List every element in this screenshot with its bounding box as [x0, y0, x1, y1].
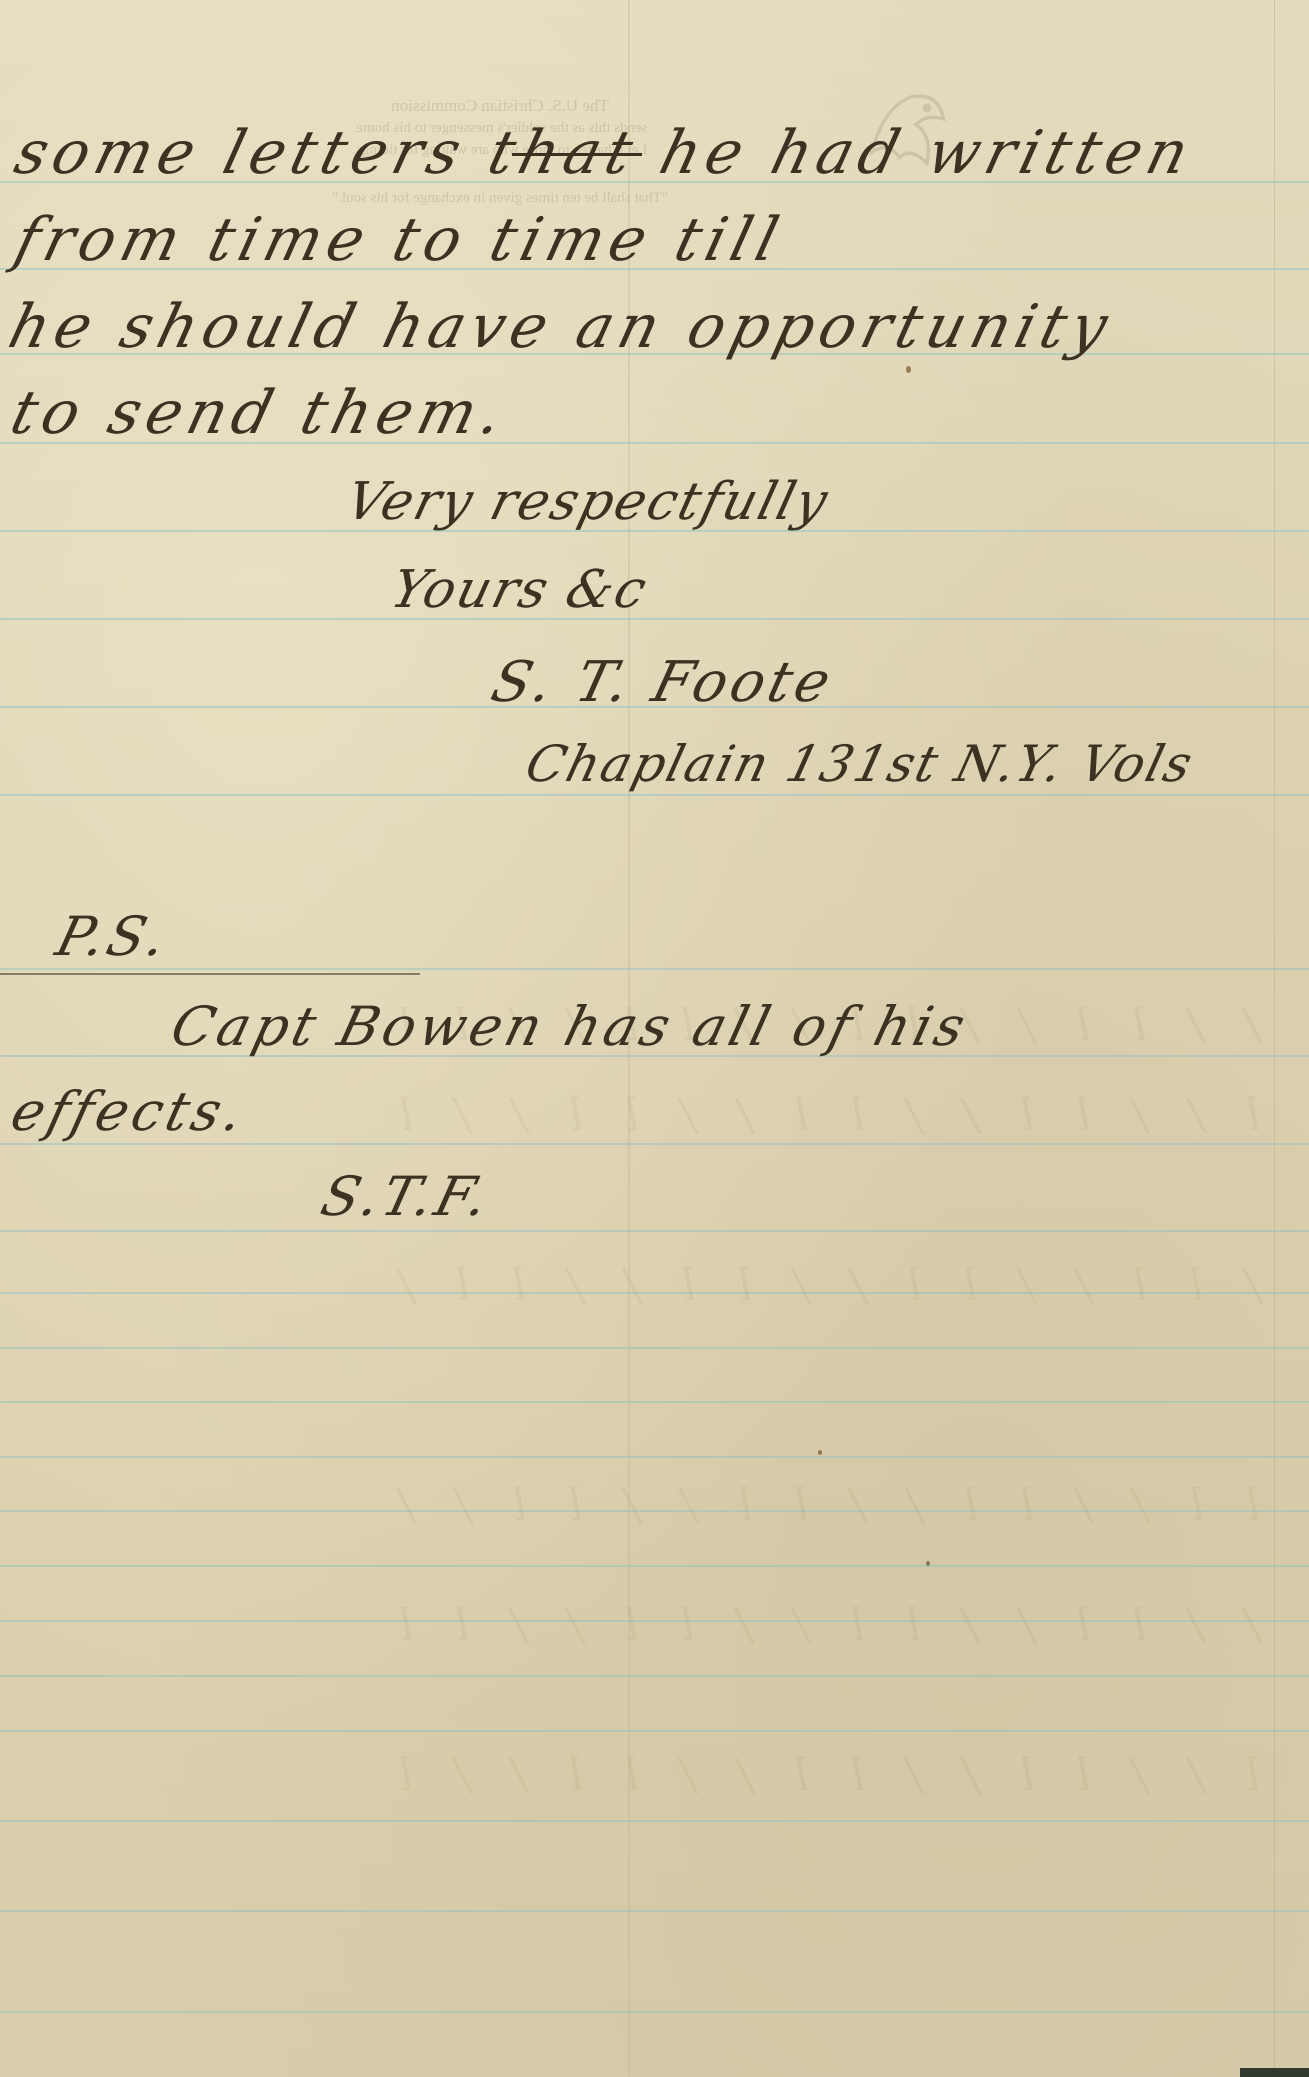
ruled-line	[0, 1230, 1309, 1232]
closing-line-2: Yours &c	[385, 560, 654, 620]
body-line-4: to send them.	[4, 378, 515, 448]
postscript-label: P.S.	[50, 905, 177, 968]
scan-background-edge	[1240, 2068, 1309, 2077]
ruled-line	[0, 618, 1309, 620]
ruled-line	[0, 1347, 1309, 1349]
postscript-line-1: Capt Bowen has all of his	[165, 995, 975, 1058]
letter-page: The U.S. Christian Commission sends this…	[0, 0, 1309, 2077]
ruled-line	[0, 1401, 1309, 1403]
bleedthrough-writing: / l l / / l l / / l l / / l l /	[60, 1260, 1260, 1311]
ruled-line	[0, 794, 1309, 796]
bleedthrough-writing: l l / / l l / / l l / / l l / /	[60, 1480, 1260, 1531]
ruled-line	[0, 968, 1309, 970]
bleedthrough-writing: l / / l l / / l l / / l l / / l	[60, 1750, 1260, 1801]
postscript-underline	[0, 973, 420, 975]
ruled-line	[0, 1456, 1309, 1458]
ruled-line	[0, 1730, 1309, 1732]
ruled-line	[0, 1565, 1309, 1567]
body-line-3: he should have an opportunity	[2, 292, 1120, 362]
foxing-spot	[906, 366, 911, 373]
letterhead-line-1: The U.S. Christian Commission	[300, 95, 700, 117]
signature-name: S. T. Foote	[485, 650, 841, 715]
postscript-initials: S.T.F.	[315, 1165, 498, 1228]
foxing-spot	[926, 1561, 930, 1566]
paper-right-edge	[1274, 0, 1275, 2077]
postscript-line-2: effects.	[5, 1080, 253, 1143]
closing-line-1: Very respectfully	[340, 472, 835, 532]
ruled-line	[0, 1675, 1309, 1677]
foxing-spot	[818, 1450, 822, 1455]
body-line-2: from time to time till	[8, 205, 791, 275]
bleedthrough-writing: / / l l / / l l / / l l / / l l	[60, 1600, 1260, 1651]
ruled-line	[0, 1143, 1309, 1145]
ruled-line	[0, 2011, 1309, 2013]
signature-title: Chaplain 131st N.Y. Vols	[520, 735, 1200, 793]
ruled-line	[0, 1910, 1309, 1912]
ruled-line	[0, 1820, 1309, 1822]
strikethrough-mark	[512, 153, 642, 156]
